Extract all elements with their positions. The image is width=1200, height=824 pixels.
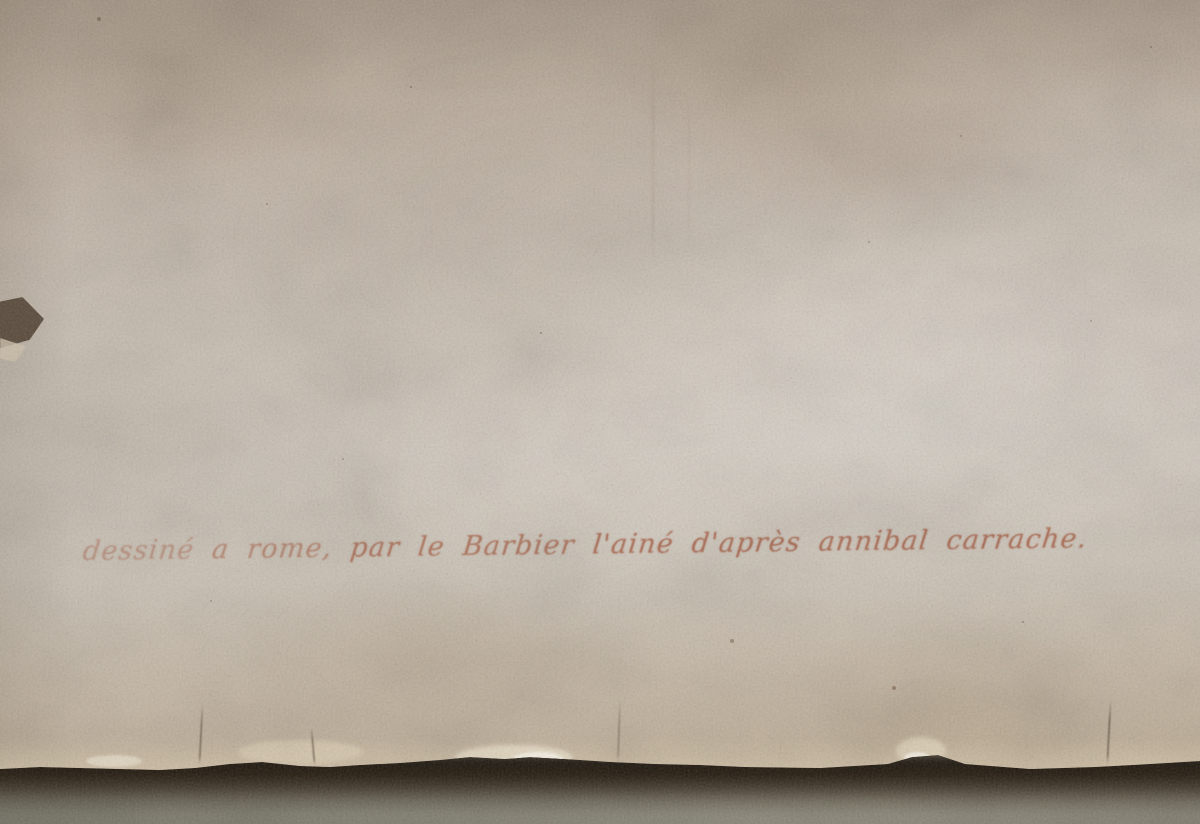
paper-sheet: dessiné a rome, par le Barbier l'ainé d'…	[0, 0, 1200, 824]
inscription-word-dessine: dessiné	[81, 535, 196, 567]
paper-stains	[0, 0, 1200, 824]
inscription-artist: par le Barbier	[349, 530, 577, 564]
paper-crease	[652, 55, 654, 270]
photo: dessiné a rome, par le Barbier l'ainé d'…	[0, 0, 1200, 824]
paper-chip	[86, 755, 142, 767]
paper-tear	[238, 740, 363, 764]
paper-crease	[688, 90, 690, 250]
inscription-place: a rome,	[210, 533, 334, 566]
paper-specks	[0, 0, 2, 2]
inscription-after-artist: l'ainé d'après annibal carrache.	[591, 523, 1089, 560]
